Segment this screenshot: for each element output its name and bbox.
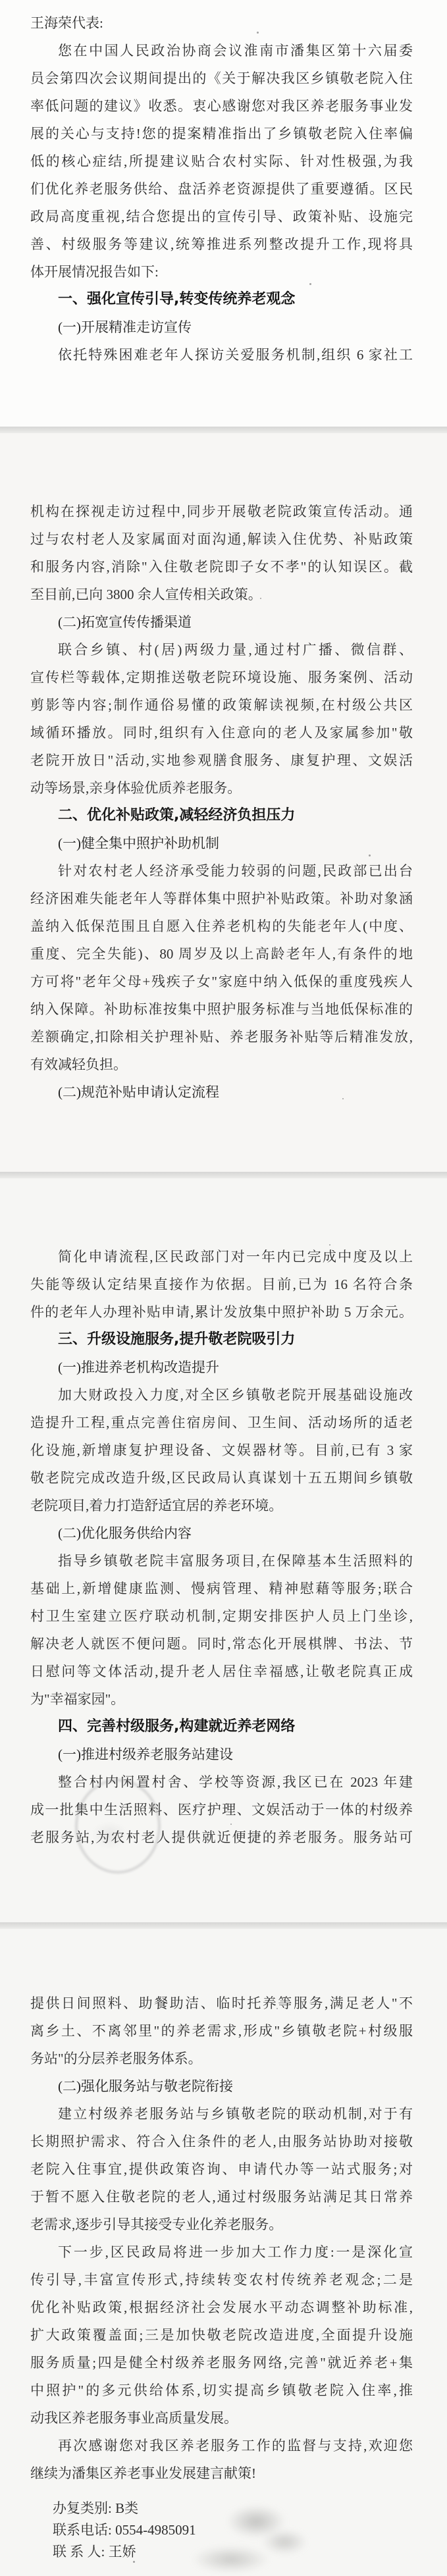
scan-noise-speck bbox=[257, 32, 259, 34]
paragraph-line: 老院开放日"活动,实地参观膳食服务、康复护理、文娱活 bbox=[30, 747, 413, 774]
paragraph-line: 善、村级服务等建议,统筹推进系列整改提升工作,现将具 bbox=[30, 230, 413, 258]
scan-noise-speck bbox=[359, 1396, 360, 1397]
scan-noise-speck bbox=[230, 1824, 232, 1825]
paragraph-first-line: 联合乡镇、村(居)两级力量,通过村广播、微信群、 bbox=[30, 636, 413, 664]
scan-noise-speck bbox=[369, 219, 370, 220]
paragraph-line: 务站"的分层养老服务体系。 bbox=[30, 2045, 413, 2072]
paragraph-line: 基础上,新增健康监测、慢病管理、精神慰藉等服务;联合 bbox=[30, 1575, 413, 1602]
page-4: 提供日间照料、助餐助洁、临时托养等服务,满足老人"不离乡土、不离邻里"的养老需求… bbox=[0, 1929, 447, 2576]
paragraph-line: 过与农村老人及家属面对面沟通,解读入住优势、补贴政策 bbox=[30, 525, 413, 553]
paragraph-line: 体开展情况报告如下: bbox=[30, 258, 413, 286]
subsection-heading: (一)健全集中照护补助机制 bbox=[30, 829, 413, 857]
paragraph-line: 件的老年人办理补贴申请,累计发放集中照护补助 5 万余元。 bbox=[30, 1298, 413, 1326]
paragraph-line: 长期照护需求、符合入住条件的老人,由服务站协助对接敬 bbox=[30, 2128, 413, 2155]
paragraph-line: 域循环播放。同时,组织有入住意向的老人及家属参加"敬 bbox=[30, 719, 413, 747]
section-heading: 四、完善村级服务,构建就近养老网络 bbox=[30, 1713, 413, 1741]
paragraph-line: 动等场景,亲身体验优质养老服务。 bbox=[30, 774, 413, 802]
paragraph-line: 动我区养老服务事业高质量发展。 bbox=[30, 2404, 413, 2432]
scan-noise-speck bbox=[334, 112, 336, 113]
paragraph-line: 们优化养老服务供给、盘活养老资源提供了重要遵循。区民 bbox=[30, 175, 413, 203]
section-heading: 三、升级设施服务,提升敬老院吸引力 bbox=[30, 1326, 413, 1354]
paragraph-first-line: 您在中国人民政治协商会议淮南市潘集区第十六届委 bbox=[30, 37, 413, 65]
contact-block-spacer bbox=[30, 2487, 413, 2498]
paragraph-line: 优化补贴政策,根据经济社会发展水平动态调整补助标准, bbox=[30, 2294, 413, 2321]
paragraph-line: 和服务内容,消除"入住敬老院即子女不孝"的认知误区。截 bbox=[30, 553, 413, 581]
page-separator bbox=[0, 427, 447, 433]
paragraph-line: 村卫生室建立医疗联动机制,定期安排医护人员上门坐诊, bbox=[30, 1602, 413, 1630]
section-heading: 一、强化宣传引导,转变传统养老观念 bbox=[30, 286, 413, 313]
paragraph-first-line: 指导乡镇敬老院丰富服务项目,在保障基本生活照料的 bbox=[30, 1547, 413, 1575]
paragraph-line: 服务质量;四是健全村级养老服务网络,完善"就近养老+集 bbox=[30, 2349, 413, 2377]
paragraph-first-line: 加大财政投入力度,对全区乡镇敬老院开展基础设施改 bbox=[30, 1381, 413, 1409]
page-1: 王海荣代表:您在中国人民政治协商会议淮南市潘集区第十六届委员会第四次会议期间提出… bbox=[0, 0, 447, 427]
scan-noise-speck bbox=[276, 1580, 278, 1582]
paragraph-first-line: 建立村级养老服务站与乡镇敬老院的联动机制,对于有 bbox=[30, 2100, 413, 2128]
paragraph-line: 继续为潘集区养老事业发展建言献策! bbox=[30, 2459, 413, 2487]
subsection-heading: (一)开展精准走访宣传 bbox=[30, 313, 413, 341]
paragraph-first-line: 再次感谢您对我区养老服务工作的监督与支持,欢迎您 bbox=[30, 2432, 413, 2459]
paragraph-line: 化设施,新增康复护理设备、文娱器材等。目前,已有 3 家 bbox=[30, 1436, 413, 1464]
paragraph-line: 中照护"的多元供给体系,切实提高乡镇敬老院入住率,推 bbox=[30, 2377, 413, 2404]
scan-smudge-icon bbox=[169, 2500, 310, 2576]
paragraph-line: 政局高度重视,结合您提出的宣传引导、政策补贴、设施完 bbox=[30, 203, 413, 230]
paragraph-line: 经济困难失能老年人等群体集中照护补贴政策。补助对象涵 bbox=[30, 885, 413, 912]
paragraph-line: 敬老院完成改造升级,区民政局认真谋划十五五期间乡镇敬 bbox=[30, 1464, 413, 1492]
page-separator bbox=[0, 1922, 447, 1929]
paragraph-line: 重度、完全失能)、80 周岁及以上高龄老年人,有条件的地 bbox=[30, 940, 413, 968]
paragraph-line: 离乡土、不离邻里"的养老需求,形成"乡镇敬老院+村级服 bbox=[30, 2017, 413, 2045]
paragraph-line: 差额确定,扣除相关护理补贴、养老服务补贴等后精准发放, bbox=[30, 1023, 413, 1051]
paragraph-line: 纳入保障。补助标准按集中照护服务标准与当地低保标准的 bbox=[30, 995, 413, 1023]
paragraph-line: 机构在探视走访过程中,同步开展敬老院政策宣传活动。通 bbox=[30, 498, 413, 525]
paragraph-line: 老院项目,着力打造舒适宜居的养老环境。 bbox=[30, 1492, 413, 1519]
scan-noise-speck bbox=[329, 1244, 330, 1246]
scan-noise-speck bbox=[276, 2008, 278, 2009]
paragraph-line: 宣传栏等载体,定期推送敬老院环境设施、服务案例、活动 bbox=[30, 664, 413, 691]
salutation-line: 王海荣代表: bbox=[30, 9, 413, 37]
subsection-heading: (二)强化服务站与敬老院衔接 bbox=[30, 2072, 413, 2100]
subsection-heading: (一)推进养老机构改造提升 bbox=[30, 1354, 413, 1381]
scan-noise-speck bbox=[309, 283, 311, 285]
paragraph-line: 造提升工程,重点完善住宿房间、卫生间、活动场所的适老 bbox=[30, 1409, 413, 1436]
paragraph-line: 至目前,已向 3800 余人宣传相关政策。 bbox=[30, 581, 413, 608]
scan-noise-speck bbox=[133, 2561, 135, 2563]
paragraph-line: 传引导,丰富宣传形式,持续转变农村传统养老观念;二是 bbox=[30, 2266, 413, 2294]
paragraph-line: 为"幸福家园"。 bbox=[30, 1685, 413, 1713]
paragraph-line: 有效减轻负担。 bbox=[30, 1051, 413, 1078]
page-separator bbox=[0, 1172, 447, 1178]
paragraph-line: 提供日间照料、助餐助洁、临时托养等服务,满足老人"不 bbox=[30, 1989, 413, 2017]
scan-noise-speck bbox=[349, 512, 350, 513]
scan-noise-speck bbox=[260, 598, 261, 599]
paragraph-line: 解决老人就医不便问题。同时,常态化开展棋牌、书法、节 bbox=[30, 1630, 413, 1658]
paragraph-first-line: 针对农村老人经济承受能力较弱的问题,民政部已出台 bbox=[30, 857, 413, 885]
section-heading: 二、优化补贴政策,减轻经济负担压力 bbox=[30, 802, 413, 829]
page-2: 机构在探视走访过程中,同步开展敬老院政策宣传活动。通过与农村老人及家属面对面沟通… bbox=[0, 433, 447, 1172]
paragraph-line: 老院入住事宜,提供政策咨询、申请代办等一站式服务;对 bbox=[30, 2155, 413, 2183]
paragraph-line: 日慰问等文体活动,提升老人居住幸福感,让敬老院真正成 bbox=[30, 1658, 413, 1685]
scan-noise-speck bbox=[342, 1098, 344, 1099]
scanned-document: 王海荣代表:您在中国人民政治协商会议淮南市潘集区第十六届委员会第四次会议期间提出… bbox=[0, 0, 447, 2576]
subsection-heading: (一)推进村级养老服务站建设 bbox=[30, 1741, 413, 1768]
paragraph-line: 老需求,逐步引导其接受专业化养老服务。 bbox=[30, 2211, 413, 2238]
paragraph-first-line: 下一步,区民政局将进一步加大工作力度:一是深化宣 bbox=[30, 2238, 413, 2266]
paragraph-line: 于暂不愿入住敬老院的老人,通过村级服务站满足其日常养 bbox=[30, 2183, 413, 2211]
scan-noise-speck bbox=[329, 2205, 330, 2207]
scan-noise-speck bbox=[329, 165, 330, 166]
paragraph-line: 展的关心与支持!您的提案精准指出了乡镇敬老院入住率偏 bbox=[30, 120, 413, 147]
paragraph-line: 员会第四次会议期间提出的《关于解决我区乡镇敬老院入住 bbox=[30, 65, 413, 92]
paragraph-line: 失能等级认定结果直接作为依据。目前,已为 16 名符合条 bbox=[30, 1271, 413, 1298]
paragraph-first-line: 简化申请流程,区民政部门对一年内已完成中度及以上 bbox=[30, 1243, 413, 1271]
scan-noise-speck bbox=[369, 854, 371, 856]
scan-noise-speck bbox=[283, 1012, 284, 1014]
official-seal-stamp-icon bbox=[75, 1779, 161, 1874]
paragraph-line: 扩大政策覆盖面;三是加快敬老院改造进度,全面提升设施 bbox=[30, 2321, 413, 2349]
subsection-heading: (二)优化服务供给内容 bbox=[30, 1519, 413, 1547]
paragraph-line: 方可将"老年父母+残疾子女"家庭中纳入低保的重度残疾人 bbox=[30, 968, 413, 995]
subsection-heading: (二)规范补贴申请认定流程 bbox=[30, 1078, 413, 1106]
subsection-heading: (二)拓宽宣传传播渠道 bbox=[30, 608, 413, 636]
paragraph-line: 低的核心症结,所提建议贴合农村实际、针对性极强,为我 bbox=[30, 147, 413, 175]
paragraph-line: 率低问题的建议》收悉。衷心感谢您对我区养老服务事业发 bbox=[30, 92, 413, 120]
page-3: 简化申请流程,区民政部门对一年内已完成中度及以上失能等级认定结果直接作为依据。目… bbox=[0, 1178, 447, 1922]
paragraph-line: 剪影等内容;制作通俗易懂的政策解读视频,在村级公共区 bbox=[30, 691, 413, 719]
paragraph-line: 盖纳入低保范围且自愿入住养老机构的失能老年人(中度、 bbox=[30, 912, 413, 940]
paragraph-first-line: 依托特殊困难老年人探访关爱服务机制,组织 6 家社工 bbox=[30, 341, 413, 369]
